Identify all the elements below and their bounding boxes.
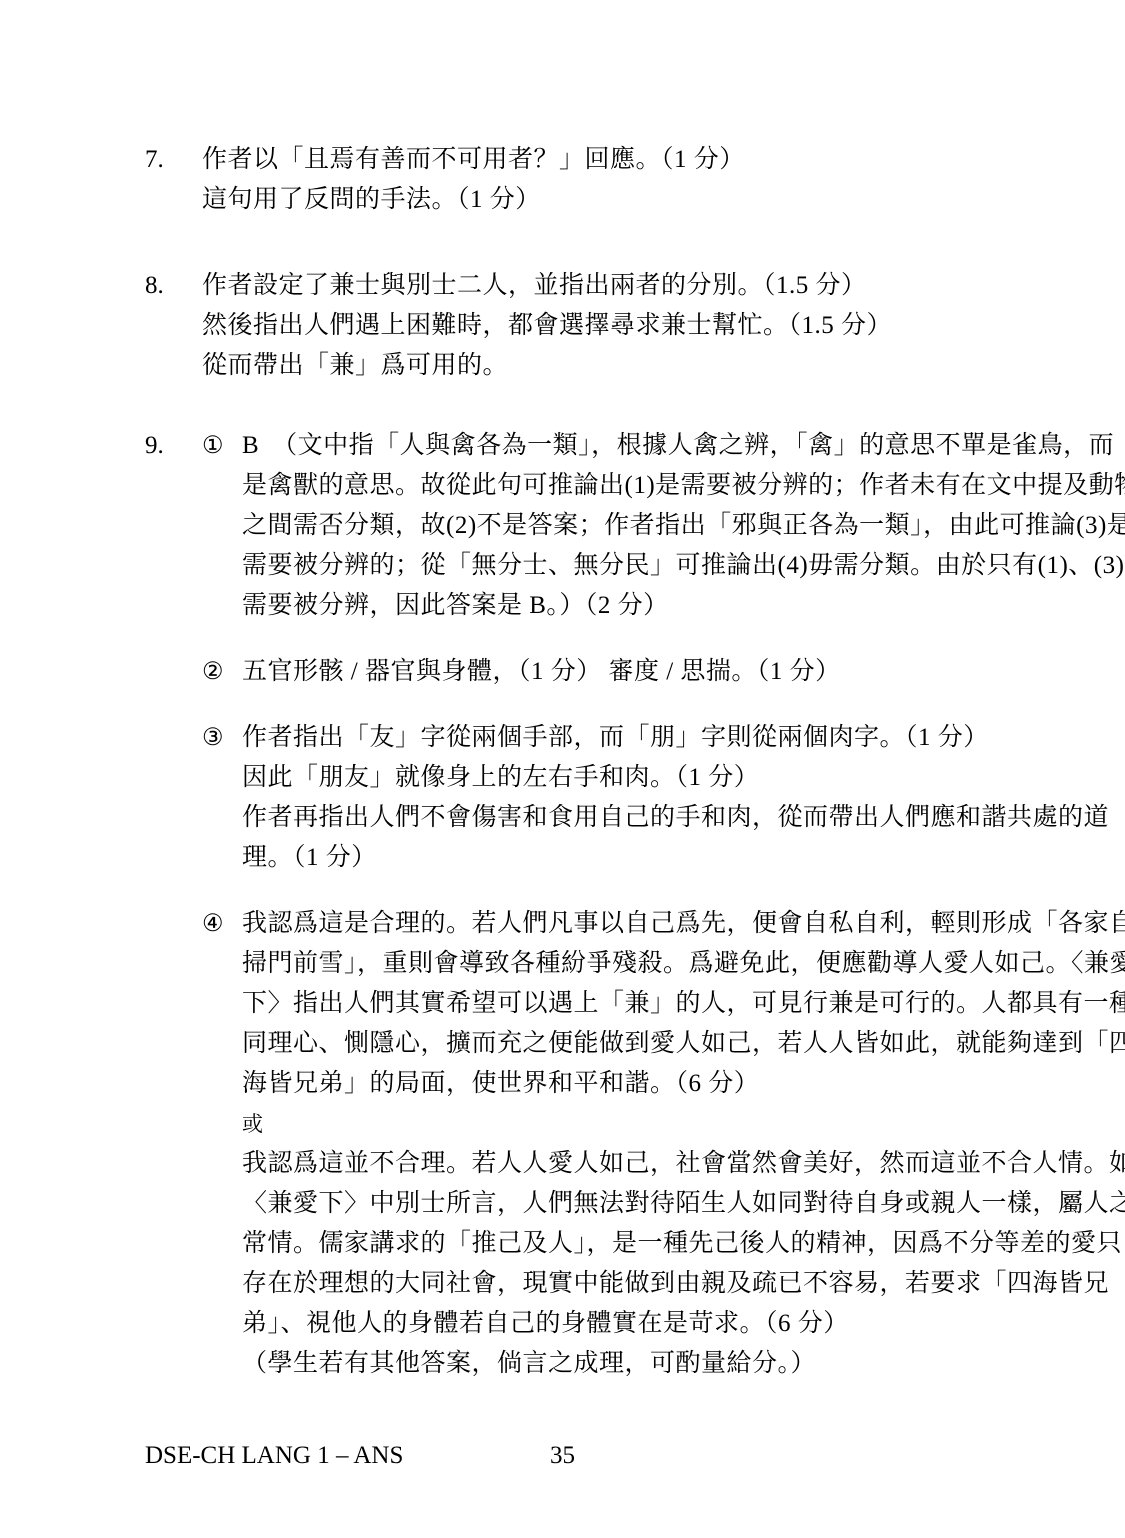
question-number: 8. — [145, 266, 202, 306]
sub-item-marker: ④ — [202, 904, 242, 944]
answer-line: 〈兼愛下〉中別士所言，人們無法對待陌生人如同對待自身或親人一樣，屬人之 — [242, 1184, 1125, 1224]
answer-line: 存在於理想的大同社會，現實中能做到由親及疏已不容易，若要求「四海皆兄 — [242, 1264, 1125, 1304]
sub-item-1: ① B （文中指「人與禽各為一類」，根據人禽之辨，「禽」的意思不單是雀鳥，而 是… — [202, 426, 1125, 626]
sub-item-2-body: 五官形骸 / 器官與身體，（1 分） 審度 / 思揣。（1 分） — [242, 652, 1125, 692]
sub-item-4: ④ 我認爲這是合理的。若人們凡事以自己爲先，便會自私自利，輕則形成「各家自 掃門… — [202, 904, 1125, 1384]
answer-line: 理。（1 分） — [242, 838, 1125, 878]
answer-line: 這句用了反問的手法。（1 分） — [202, 180, 1125, 220]
footer-doc-code: DSE-CH LANG 1 – ANS — [145, 1436, 403, 1476]
sub-item-marker: ② — [202, 652, 242, 692]
answer-line: 之間需否分類，故(2)不是答案；作者指出「邪與正各為一類」，由此可推論(3)是 — [242, 506, 1125, 546]
answer-line: 從而帶出「兼」爲可用的。 — [202, 346, 1125, 386]
answer-line: （學生若有其他答案，倘言之成理，可酌量給分。） — [242, 1344, 1125, 1384]
answer-line: 我認爲這並不合理。若人人愛人如己，社會當然會美好，然而這並不合人情。如 — [242, 1144, 1125, 1184]
answer-line: 需要被分辨的；從「無分士、無分民」可推論出(4)毋需分類。由於只有(1)、(3) — [242, 546, 1125, 586]
answer-line: 然後指出人們遇上困難時，都會選擇尋求兼士幫忙。（1.5 分） — [202, 306, 1125, 346]
sub-item-3-body: 作者指出「友」字從兩個手部，而「朋」字則從兩個肉字。（1 分） 因此「朋友」就像… — [242, 718, 1125, 878]
question-item-8: 8. 作者設定了兼士與別士二人，並指出兩者的分別。（1.5 分） 然後指出人們遇… — [0, 266, 1125, 386]
sub-item-1-body: B （文中指「人與禽各為一類」，根據人禽之辨，「禽」的意思不單是雀鳥，而 是禽獸… — [242, 426, 1125, 626]
page-footer: 35 DSE-CH LANG 1 – ANS — [0, 1436, 1125, 1476]
answer-line: 需要被分辨，因此答案是 B。）（2 分） — [242, 586, 1125, 626]
answer-line: 掃門前雪」，重則會導致各種紛爭殘殺。爲避免此，便應勸導人愛人如己。〈兼愛 — [242, 944, 1125, 984]
sub-item-2: ② 五官形骸 / 器官與身體，（1 分） 審度 / 思揣。（1 分） — [202, 652, 1125, 692]
answer-line: 弟」、視他人的身體若自己的身體實在是苛求。（6 分） — [242, 1304, 1125, 1344]
answer-line: 是禽獸的意思。故從此句可推論出(1)是需要被分辨的；作者未有在文中提及動物 — [242, 466, 1125, 506]
answer-line: B （文中指「人與禽各為一類」，根據人禽之辨，「禽」的意思不單是雀鳥，而 — [242, 426, 1125, 466]
answer-line: 作者指出「友」字從兩個手部，而「朋」字則從兩個肉字。（1 分） — [242, 718, 1125, 758]
document-page: { "document": { "answers": [ { "number":… — [0, 0, 1125, 1538]
answer-line: 作者再指出人們不會傷害和食用自己的手和肉，從而帶出人們應和諧共處的道 — [242, 798, 1125, 838]
answer-line: 同理心、惻隱心，擴而充之便能做到愛人如己，若人人皆如此，就能夠達到「四 — [242, 1024, 1125, 1064]
answer-line: 五官形骸 / 器官與身體，（1 分） 審度 / 思揣。（1 分） — [242, 652, 1125, 692]
answer-sheet-content: 7. 作者以「且焉有善而不可用者？」回應。（1 分） 這句用了反問的手法。（1 … — [0, 140, 1125, 1384]
question-item-9: 9. ① B （文中指「人與禽各為一類」，根據人禽之辨，「禽」的意思不單是雀鳥，… — [0, 426, 1125, 1384]
answer-line: 我認爲這是合理的。若人們凡事以自己爲先，便會自私自利，輕則形成「各家自 — [242, 904, 1125, 944]
question-9-body: ① B （文中指「人與禽各為一類」，根據人禽之辨，「禽」的意思不單是雀鳥，而 是… — [202, 426, 1125, 1384]
answer-line: 常情。儒家講求的「推己及人」，是一種先己後人的精神，因爲不分等差的愛只 — [242, 1224, 1125, 1264]
sub-item-4-body: 我認爲這是合理的。若人們凡事以自己爲先，便會自私自利，輕則形成「各家自 掃門前雪… — [242, 904, 1125, 1384]
sub-item-3: ③ 作者指出「友」字從兩個手部，而「朋」字則從兩個肉字。（1 分） 因此「朋友」… — [202, 718, 1125, 878]
answer-line: 海皆兄弟」的局面，使世界和平和諧。（6 分） — [242, 1064, 1125, 1104]
question-number: 7. — [145, 140, 202, 180]
answer-line: 因此「朋友」就像身上的左右手和肉。（1 分） — [242, 758, 1125, 798]
answer-line: 作者設定了兼士與別士二人，並指出兩者的分別。（1.5 分） — [202, 266, 1125, 306]
answer-line-or: 或 — [242, 1104, 1125, 1144]
sub-item-marker: ③ — [202, 718, 242, 758]
question-7-body: 作者以「且焉有善而不可用者？」回應。（1 分） 這句用了反問的手法。（1 分） — [202, 140, 1125, 220]
answer-line: 下〉指出人們其實希望可以遇上「兼」的人，可見行兼是可行的。人都具有一種 — [242, 984, 1125, 1024]
question-number: 9. — [145, 426, 202, 466]
answer-line: 作者以「且焉有善而不可用者？」回應。（1 分） — [202, 140, 1125, 180]
sub-item-marker: ① — [202, 426, 242, 466]
question-8-body: 作者設定了兼士與別士二人，並指出兩者的分別。（1.5 分） 然後指出人們遇上困難… — [202, 266, 1125, 386]
question-item-7: 7. 作者以「且焉有善而不可用者？」回應。（1 分） 這句用了反問的手法。（1 … — [0, 140, 1125, 220]
